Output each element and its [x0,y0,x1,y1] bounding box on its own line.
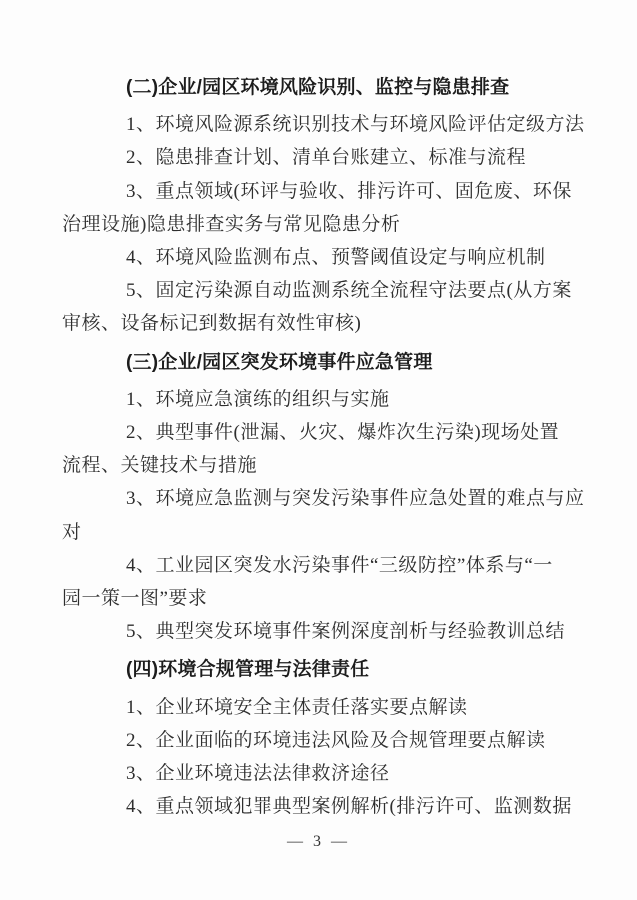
outline-item: 1、环境风险源系统识别技术与环境风险评估定级方法 [62,108,574,141]
section-heading: (二)企业/园区环境风险识别、监控与隐患排查 [62,71,574,104]
section-heading: (四)环境合规管理与法律责任 [62,653,574,686]
outline-item: 3、环境应急监测与突发污染事件应急处置的难点与应 [62,482,574,515]
section-heading: (三)企业/园区突发环境事件应急管理 [62,346,574,379]
outline-item: 4、重点领域犯罪典型案例解析(排污许可、监测数据 [62,790,574,823]
outline-item: 3、企业环境违法法律救济途径 [62,757,574,790]
outline-item-continuation: 园一策一图”要求 [62,582,574,615]
outline-item: 5、典型突发环境事件案例深度剖析与经验教训总结 [62,615,574,648]
outline-item: 1、环境应急演练的组织与实施 [62,383,574,416]
document-page: (二)企业/园区环境风险识别、监控与隐患排查 1、环境风险源系统识别技术与环境风… [0,0,637,900]
outline-item-continuation: 流程、关键技术与措施 [62,449,574,482]
outline-item: 4、环境风险监测布点、预警阈值设定与响应机制 [62,241,574,274]
outline-item: 3、重点领域(环评与验收、排污许可、固危废、环保 [62,175,574,208]
outline-item: 2、企业面临的环境违法风险及合规管理要点解读 [62,724,574,757]
outline-item: 4、工业园区突发水污染事件“三级防控”体系与“一 [62,549,574,582]
outline-item-continuation: 审核、设备标记到数据有效性审核) [62,307,574,340]
outline-item-continuation: 对 [62,516,574,549]
document-body: (二)企业/园区环境风险识别、监控与隐患排查 1、环境风险源系统识别技术与环境风… [62,66,574,823]
outline-item: 1、企业环境安全主体责任落实要点解读 [62,691,574,724]
page-number: — 3 — [287,833,350,850]
outline-item: 5、固定污染源自动监测系统全流程守法要点(从方案 [62,274,574,307]
page-footer: — 3 — [0,833,637,851]
outline-item: 2、典型事件(泄漏、火灾、爆炸次生污染)现场处置 [62,416,574,449]
outline-item-continuation: 治理设施)隐患排查实务与常见隐患分析 [62,208,574,241]
outline-item: 2、隐患排查计划、清单台账建立、标准与流程 [62,141,574,174]
